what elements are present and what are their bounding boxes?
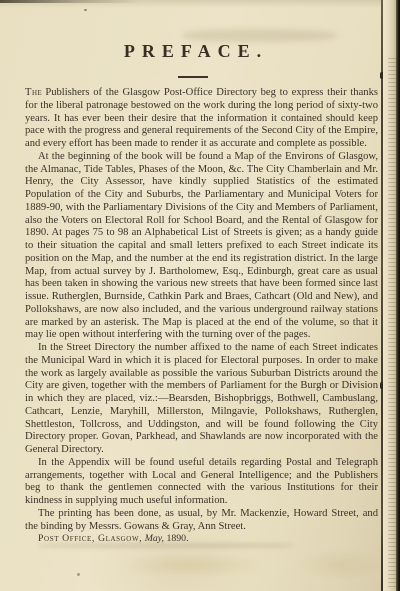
adjacent-page-text-sliver (388, 58, 396, 588)
paragraph-lead-word: The (25, 87, 42, 98)
right-edge-shadow (396, 0, 400, 591)
preface-text-block: ThePublishers of the Glasgow Post-Office… (25, 87, 378, 546)
paper-speck (77, 573, 80, 576)
preface-paragraph: ThePublishers of the Glasgow Post-Office… (25, 87, 378, 151)
preface-paragraph: In the Street Directory the number affix… (25, 342, 378, 457)
scanned-book-page: PREFACE. ThePublishers of the Glasgow Po… (0, 0, 400, 591)
page-title: PREFACE. (0, 41, 385, 62)
paper-stain (118, 552, 268, 578)
paper-speck (84, 9, 87, 11)
preface-paragraph: The printing has been done, as usual, by… (25, 508, 378, 534)
signoff-year: 1890. (166, 533, 188, 544)
paragraph-text: Publishers of the Glasgow Post-Office Di… (25, 87, 378, 149)
title-divider-rule (178, 76, 208, 78)
page-paper: PREFACE. ThePublishers of the Glasgow Po… (0, 0, 385, 591)
paper-stain (296, 548, 386, 582)
preface-paragraph: In the Appendix will be found useful det… (25, 457, 378, 508)
signoff-month: May, (145, 533, 164, 544)
signoff-line: Post Office, Glasgow, May, 1890. (25, 533, 378, 546)
top-edge-dark-streak (0, 0, 140, 3)
preface-paragraph: At the beginning of the book will be fou… (25, 151, 378, 342)
signoff-place: Post Office, Glasgow, (38, 533, 142, 544)
